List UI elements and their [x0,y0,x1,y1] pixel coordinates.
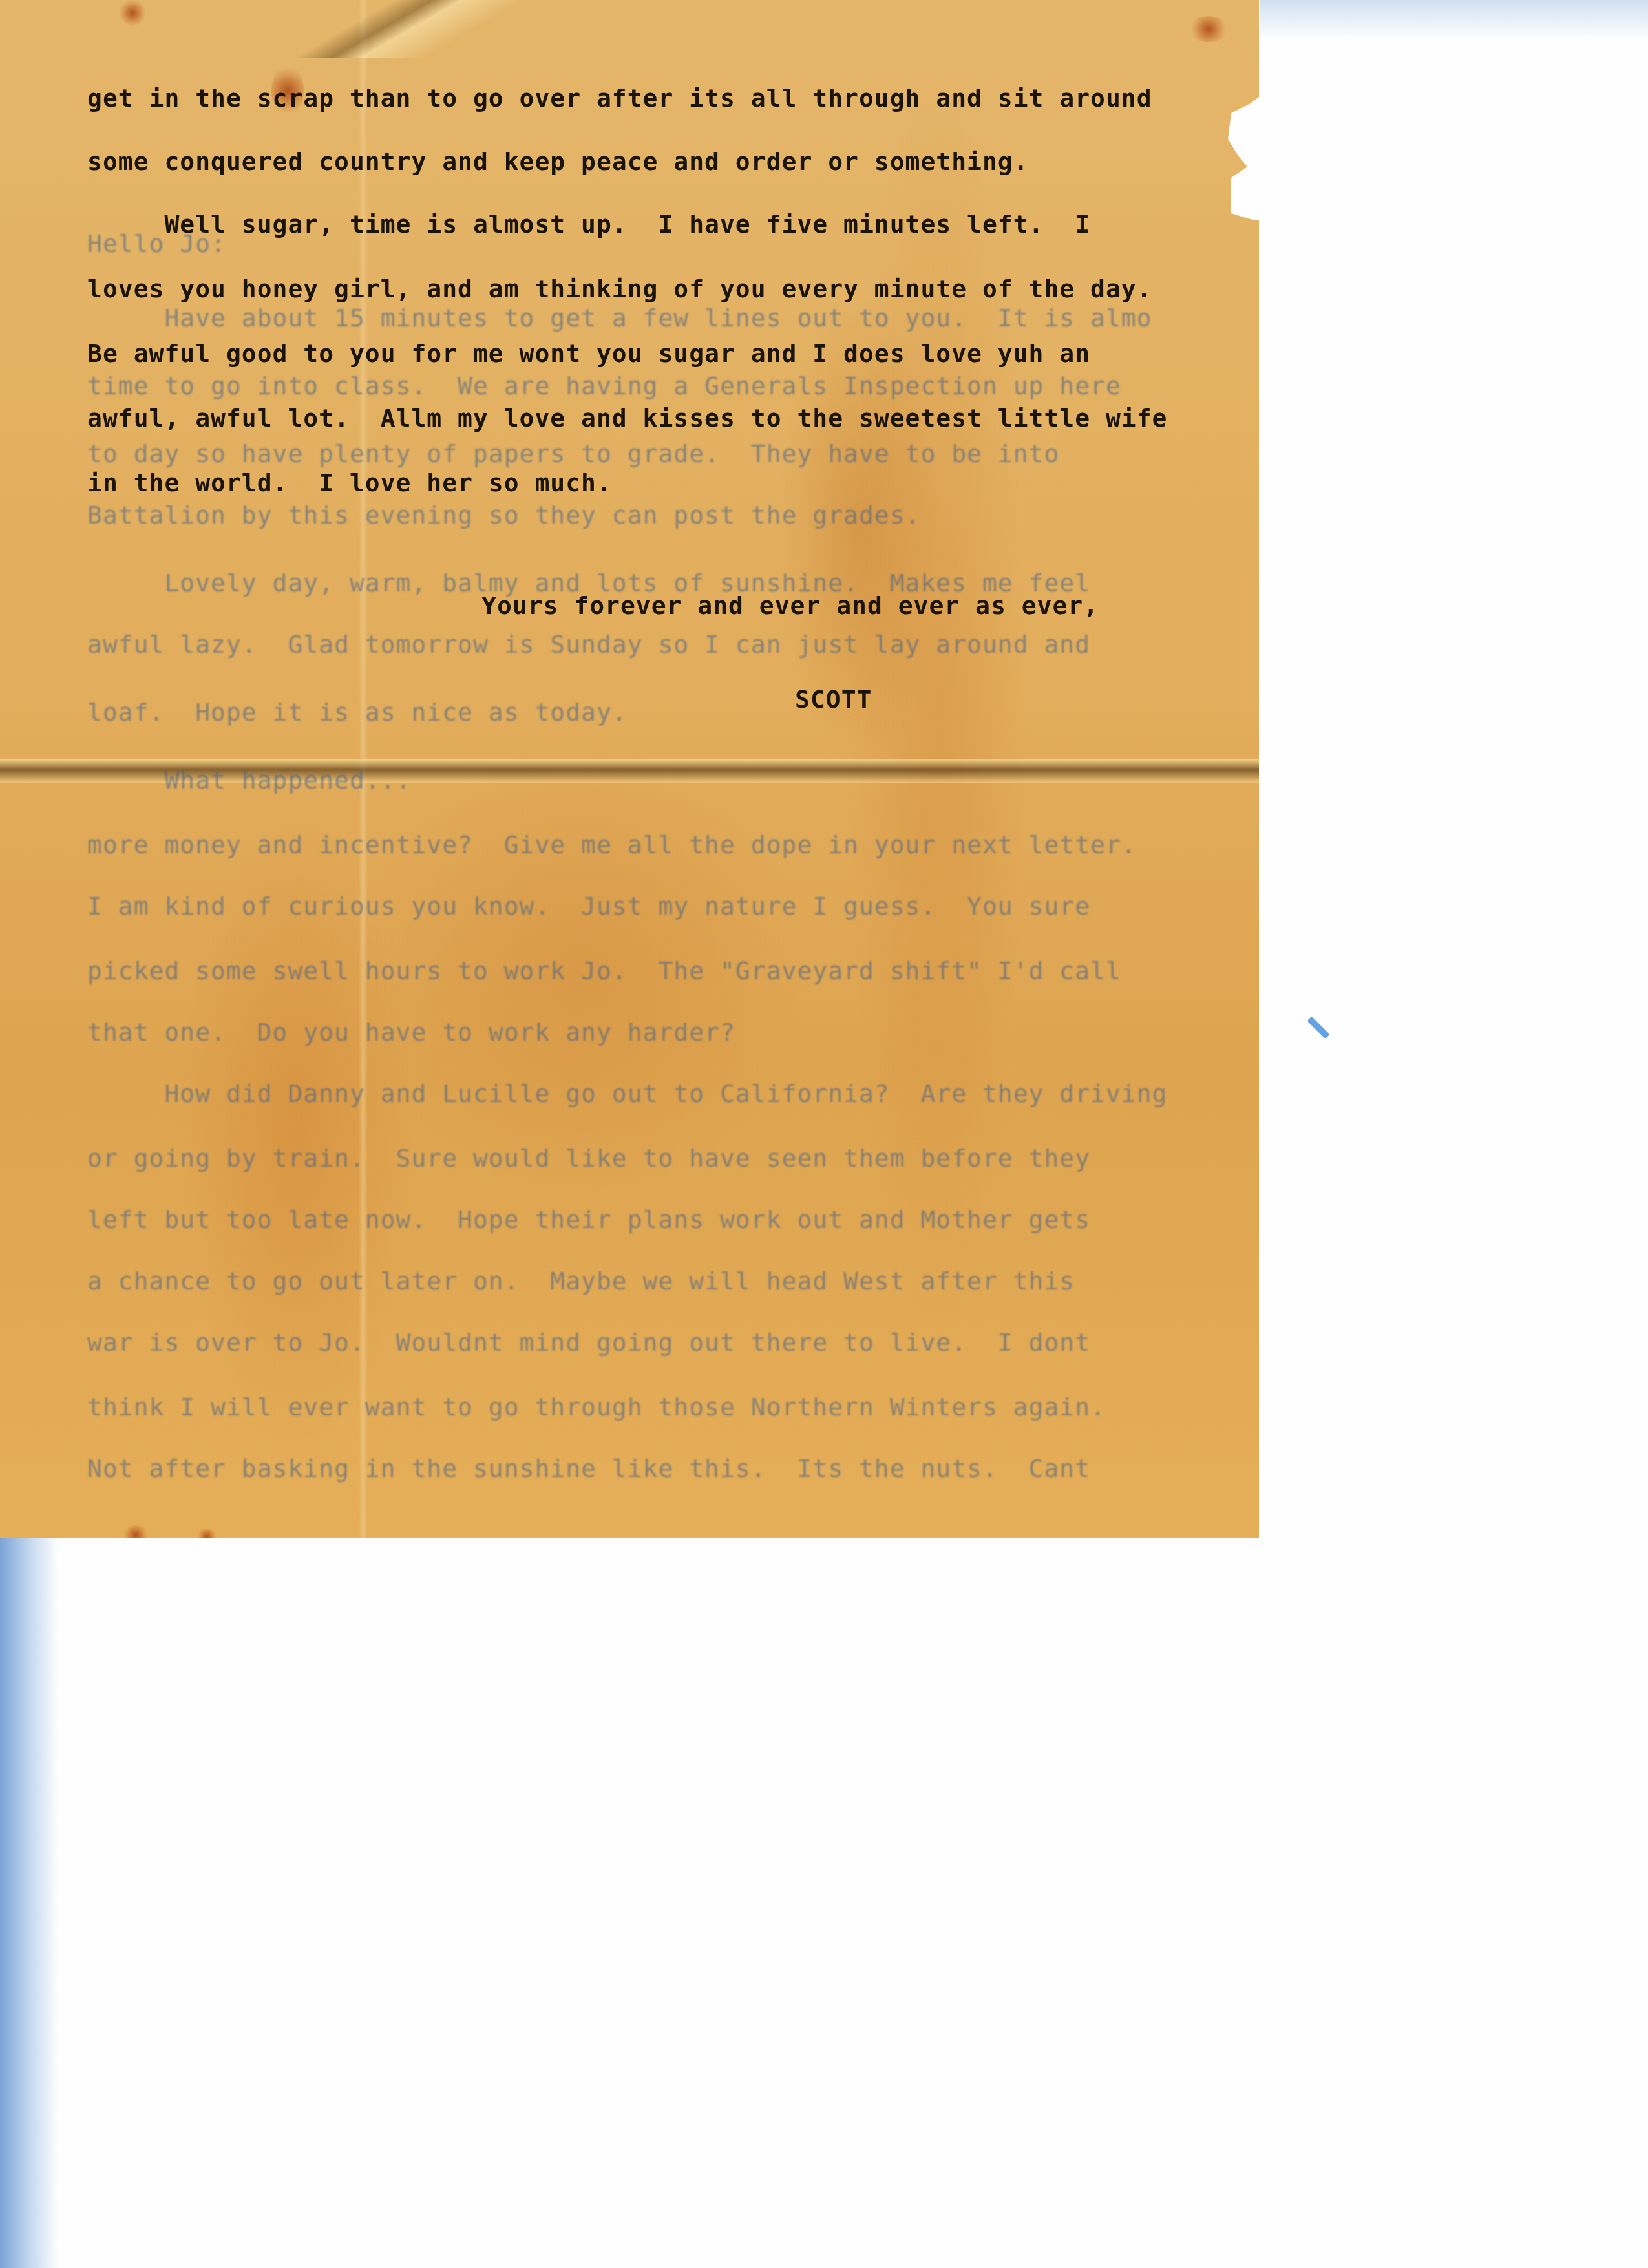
letter-line: Be awful good to you for me wont you sug… [87,339,1090,368]
letter-line: in the world. I love her so much. [87,469,612,497]
bleed-line: war is over to Jo. Wouldnt mind going ou… [87,1328,1090,1357]
bleed-line: How did Danny and Lucille go out to Cali… [87,1079,1167,1108]
letter-line: Well sugar, time is almost up. I have fi… [87,210,1090,238]
blue-fiber-mark [1307,1016,1329,1039]
rust-spot [197,1529,217,1545]
rust-spot [120,0,145,26]
bleed-line: Have about 15 minutes to get a few lines… [87,304,1152,332]
signature: SCOTT [795,685,872,714]
bleed-line: awful lazy. Glad tomorrow is Sunday so I… [87,630,1090,659]
rust-spot [123,1525,149,1545]
bleed-line: I am kind of curious you know. Just my n… [87,892,1090,920]
letter-line: get in the scrap than to go over after i… [87,84,1152,112]
letter-line: some conquered country and keep peace an… [87,147,1029,176]
scanner-edge-top [1260,0,1648,39]
bleed-line: or going by train. Sure would like to ha… [87,1144,1090,1172]
letter-line: awful, awful lot. Allm my love and kisse… [87,404,1167,432]
bleed-line: to day so have plenty of papers to grade… [87,440,1059,468]
bleed-line: Battalion by this evening so they can po… [87,501,920,529]
letter-line: loves you honey girl, and am thinking of… [87,275,1152,303]
letter-page: Hello Jo: Have about 15 minutes to get a… [0,0,1259,1538]
bleed-line: that one. Do you have to work any harder… [87,1018,735,1046]
rust-spot [1189,16,1228,42]
corner-fold [246,0,517,58]
bleed-line: a chance to go out later on. Maybe we wi… [87,1267,1075,1295]
bleed-line: loaf. Hope it is as nice as today. [87,698,628,726]
bleed-line: time to go into class. We are having a G… [87,372,1121,400]
bleed-line: more money and incentive? Give me all th… [87,831,1137,859]
scanner-edge-shadow [0,1538,58,2268]
bleed-line: picked some swell hours to work Jo. The … [87,957,1121,985]
bleed-line: Not after basking in the sunshine like t… [87,1454,1090,1483]
bleed-line: left but too late now. Hope their plans … [87,1205,1090,1234]
closing-line: Yours forever and ever and ever as ever, [481,591,1099,620]
bleed-line: think I will ever want to go through tho… [87,1393,1106,1421]
bleed-line: What happened... [87,766,411,794]
